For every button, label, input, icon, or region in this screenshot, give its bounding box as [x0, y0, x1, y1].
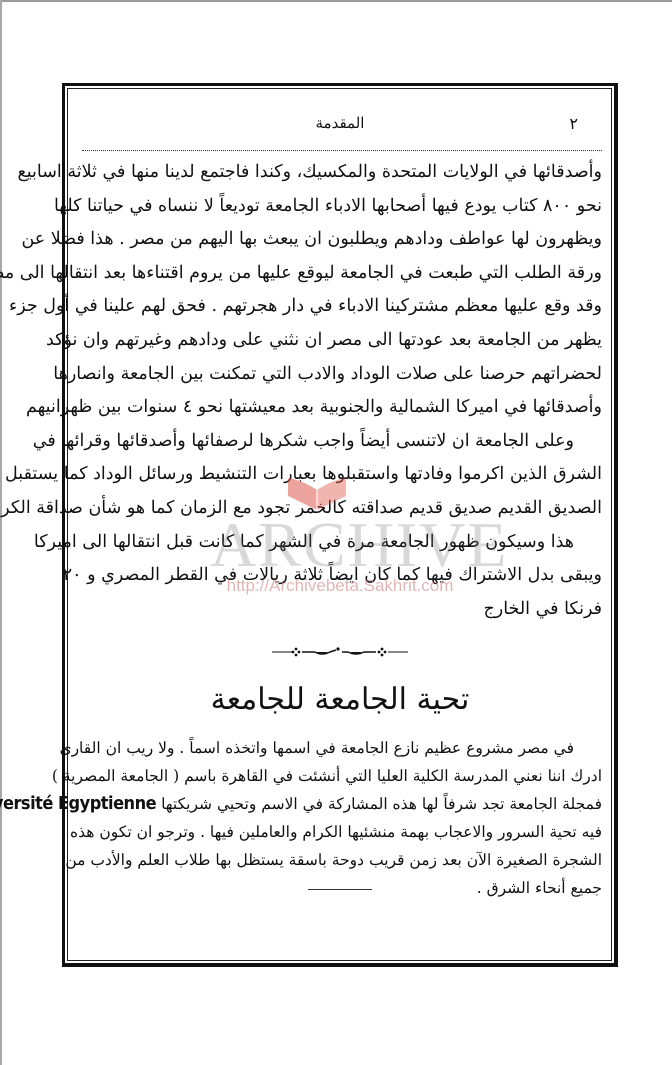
- running-head: ٢ المقدمة: [72, 114, 608, 136]
- body-line: ويبقى بدل الاشتراك فيها كما كان ايضاً ثل…: [78, 559, 602, 593]
- latin-university-name: Université Egyptienne: [0, 793, 156, 814]
- body-line: وقد وقع عليها معظم مشتركينا الادباء في د…: [78, 290, 602, 324]
- section-title: تحية الجامعة للجامعة: [72, 680, 608, 720]
- body-line: الشرق الذين اكرموا وفادتها واستقبلوها بع…: [78, 458, 602, 492]
- end-rule: [308, 889, 372, 890]
- body-line: وعلى الجامعة ان لاتنسى أيضاً واجب شكرها …: [78, 425, 602, 459]
- header-dotted-rule: [82, 150, 602, 151]
- body-line: ورقة الطلب التي طبعت في الجامعة ليوقع عل…: [78, 257, 602, 291]
- document-page: ٢ المقدمة وأصدقائها في الولايات المتحدة …: [72, 92, 608, 952]
- scan-edge-top: [0, 0, 672, 2]
- body-line: ويظهرون لها عواطف ودادهم ويطلبون ان يبعث…: [78, 223, 602, 257]
- section-line: فمجلة الجامعة تجد شرفاً لها هذه المشاركة…: [78, 790, 602, 818]
- section-line: في مصر مشروع عظيم نازع الجامعة في اسمها …: [78, 734, 602, 762]
- body-line: يظهر من الجامعة بعد عودتها الى مصر ان نث…: [78, 324, 602, 358]
- section-paragraph: في مصر مشروع عظيم نازع الجامعة في اسمها …: [78, 734, 602, 902]
- body-line: الصديق القديم صديق قديم صداقته كالخمر تج…: [78, 492, 602, 526]
- body-line: فرنكا في الخارج: [78, 593, 602, 627]
- section-line: فيه تحية السرور والاعجاب بهمة منشئيها ال…: [78, 818, 602, 846]
- body-line: نحو ٨٠٠ كتاب يودع فيها أصحابها الادباء ا…: [78, 190, 602, 224]
- scan-edge-left: [0, 0, 2, 1065]
- ornament-divider-icon: [270, 644, 410, 660]
- body-line: هذا وسيكون ظهور الجامعة مرة في الشهر كما…: [78, 526, 602, 560]
- body-paragraphs: وأصدقائها في الولايات المتحدة والمكسيك، …: [78, 156, 602, 626]
- section-line: ادرك اننا نعني المدرسة الكلية العليا الت…: [78, 762, 602, 790]
- fleuron-ornament: [72, 644, 608, 664]
- body-line: وأصدقائها في اميركا الشمالية والجنوبية ب…: [78, 391, 602, 425]
- section-line: جميع أنحاء الشرق .: [78, 874, 602, 902]
- body-line: وأصدقائها في الولايات المتحدة والمكسيك، …: [78, 156, 602, 190]
- running-title: المقدمة: [72, 114, 608, 132]
- body-line: لحضراتهم حرصنا على صلات الوداد والادب ال…: [78, 358, 602, 392]
- section-line: الشجرة الصغيرة الآن بعد زمن قريب دوحة با…: [78, 846, 602, 874]
- section-line-arabic: فمجلة الجامعة تجد شرفاً لها هذه المشاركة…: [161, 795, 602, 813]
